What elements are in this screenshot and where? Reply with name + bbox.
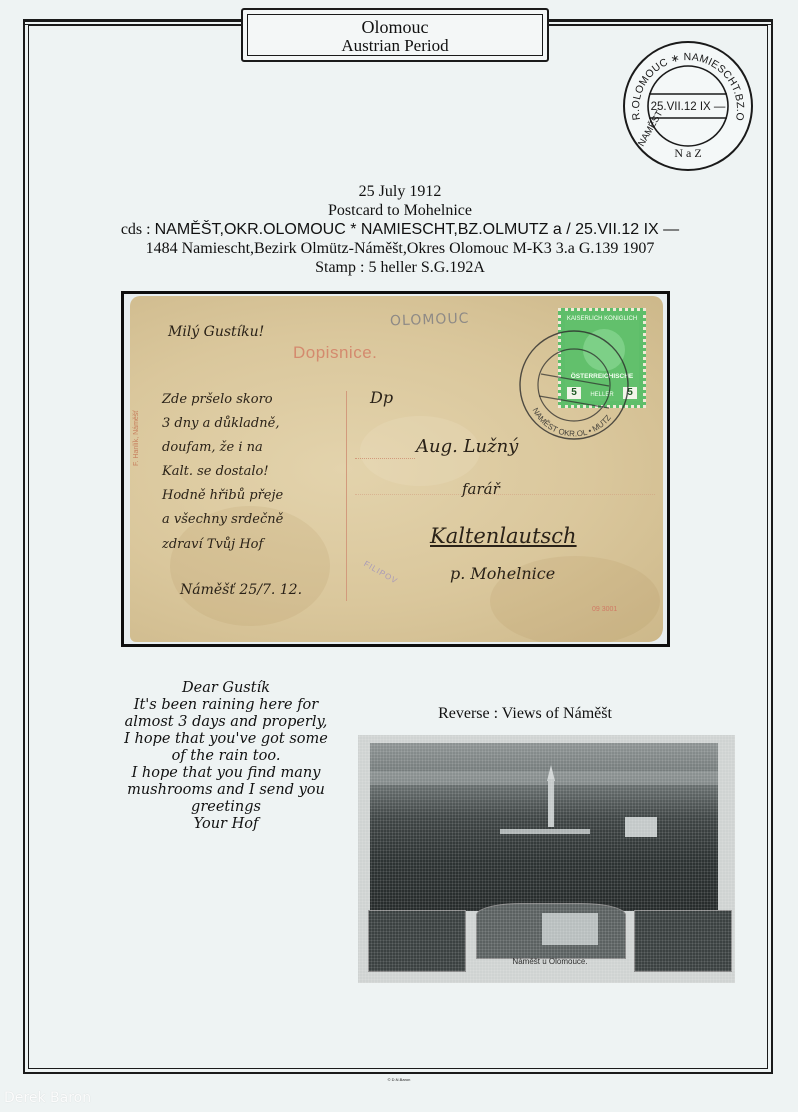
vignette-right [634,910,732,972]
translation-line: Your Hof [88,816,364,833]
cancellation-bottom: N a Z [674,146,701,160]
message-line: zdraví Tvůj Hof [162,537,263,552]
cds-text: NAMĚŠT,OKR.OLOMOUC * NAMIESCHT,BZ.OLMUTZ… [155,221,680,238]
message-line: doufam, že i na [162,440,263,455]
svg-text:NAMĚST OKR.OL • MUTZ: NAMĚST OKR.OL • MUTZ [531,406,613,438]
violet-handstamp: FILIPOV [362,559,399,586]
address-town: Kaltenlautsch [430,524,577,548]
translation-line: mushrooms and I send you [88,782,364,799]
message-translation: Dear Gustík It's been raining here for a… [88,680,364,833]
cds-line: cds : NAMĚŠT,OKR.OLOMOUC * NAMIESCHT,BZ.… [40,220,760,239]
message-date: Náměšť 25/7. 12. [180,582,302,598]
translation-line: I hope that you've got some [88,731,364,748]
address-line: Dp [370,388,393,407]
message-line: Hodně hřibů přeje [162,488,283,503]
publisher-imprint: F. Hanlík, Náměšť [133,410,140,466]
pencil-note: OLOMOUC [390,311,470,330]
stamp-description: Stamp : 5 heller S.G.192A [40,258,760,277]
message-line: Zde pršelo skoro [162,392,273,407]
reverse-caption: Reverse : Views of Náměšt [370,705,680,723]
vignette-left [368,910,466,972]
item-type: Postcard to Mohelnice [40,201,760,220]
message-line: Milý Gustíku! [168,324,264,340]
translation-line: I hope that you find many [88,765,364,782]
copyright: © D.N.Baron [0,1077,798,1082]
title-rule-left [23,19,241,25]
printed-heading: Dopisnice. [293,343,377,363]
translation-line: Dear Gustík [88,680,364,697]
address-line: farář [462,480,500,498]
watermark: Derek Baron [4,1090,91,1106]
square-building [542,913,598,945]
cancellation-mark-icon: OKR.OLOMOUC ∗ NAMIESCHT.BZ.OLM 25.VII.12… [621,39,755,173]
message-line: a všechny srdečně [162,512,283,527]
translation-line: almost 3 days and properly, [88,714,364,731]
address-line: p. Mohelnice [450,564,555,583]
page-subtitle: Austrian Period [248,37,542,55]
title-box: Olomouc Austrian Period [241,8,549,62]
title-rule-right [549,19,773,25]
message-line: 3 dny a důkladně, [162,416,279,431]
postcard-divider [346,391,347,601]
catalogue-reference: 1484 Namiescht,Bezirk Olmütz-Náměšt,Okre… [40,239,760,258]
card-reference-number: 09 3001 [592,606,617,613]
cancellation-date: 25.VII.12 IX — [651,101,726,113]
postcard-reverse-image: Náměšt u Olomouce. [358,735,735,983]
translation-line: It's been raining here for [88,697,364,714]
translation-line: of the rain too. [88,748,364,765]
item-description: 25 July 1912 Postcard to Mohelnice cds :… [40,182,760,277]
town-panorama [370,743,718,911]
postmark-icon: NAMĚST OKR.OL • MUTZ [515,326,633,444]
reverse-printed-caption: Náměšt u Olomouce. [476,957,624,966]
item-date: 25 July 1912 [40,182,760,201]
message-line: Kalt. se dostalo! [162,464,269,479]
cds-prefix: cds : [121,221,155,238]
address-line: Aug. Lužný [416,436,518,457]
translation-line: greetings [88,799,364,816]
title-box-inner: Olomouc Austrian Period [247,14,543,56]
postcard-front: OLOMOUC Dopisnice. F. Hanlík, Náměšť Mil… [130,296,663,642]
page-title: Olomouc [248,18,542,37]
